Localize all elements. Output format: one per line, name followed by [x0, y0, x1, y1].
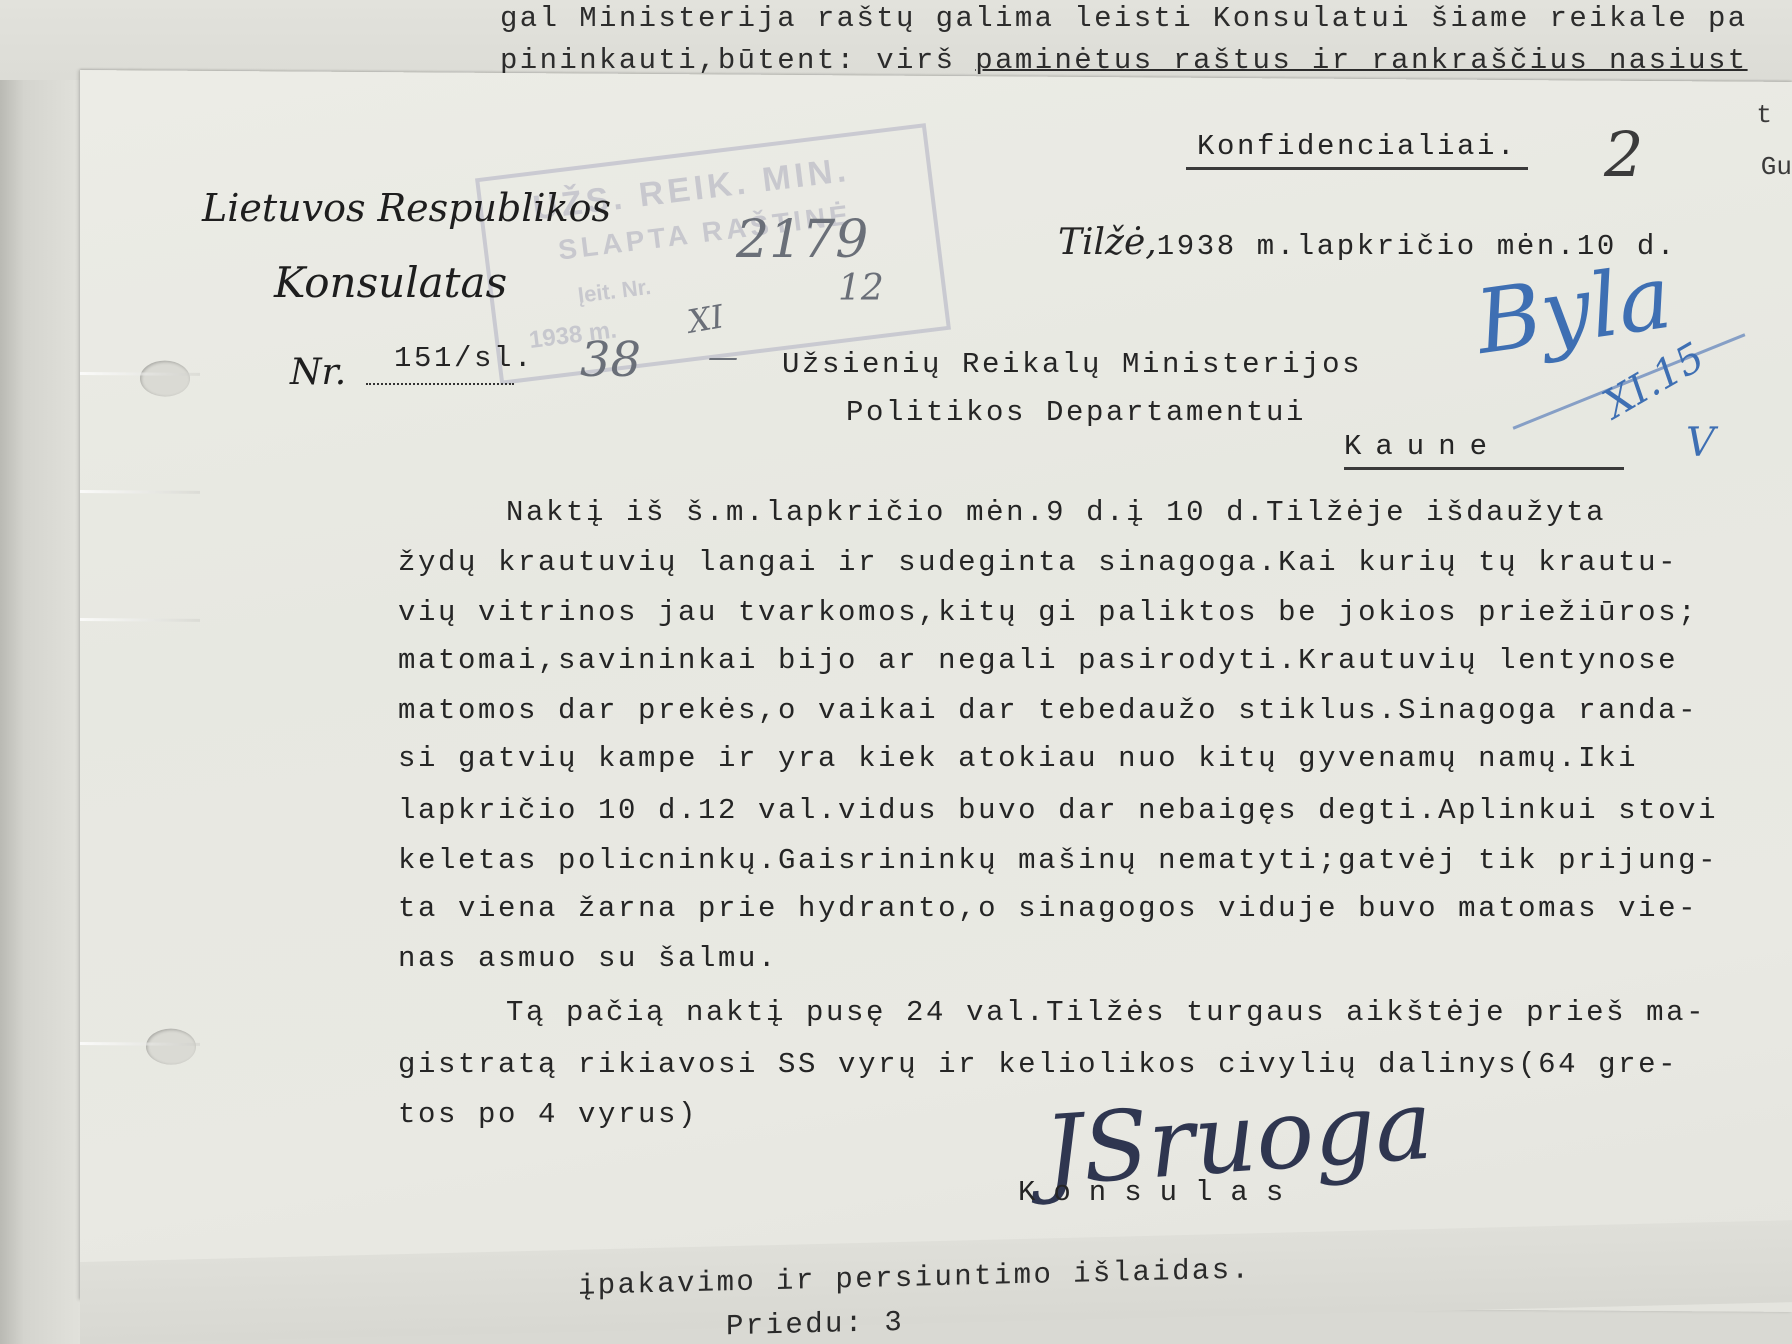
underlying-bottom-line-1: įpakavimo ir persiuntimo išlaidas. — [578, 1253, 1251, 1302]
file-annotation-mark: V — [1686, 420, 1715, 466]
body-line: Tą pačią naktį pusę 24 val.Tilžės turgau… — [506, 996, 1706, 1029]
document-number: 151/sl. — [394, 342, 534, 375]
letterhead-line-2: Konsulatas — [274, 258, 507, 307]
underlying-sheet-top: gal Ministerija raštų galima leisti Kons… — [0, 0, 1792, 80]
binder-edge — [0, 0, 80, 1344]
body-line: gistratą rikiavosi SS vyrų ir keliolikos… — [398, 1048, 1678, 1081]
addressee-line-3: Kaune — [1344, 430, 1624, 470]
underlying-text-line-1: gal Ministerija raštų galima leisti Kons… — [500, 2, 1748, 35]
body-line: Naktį iš š.m.lapkričio mėn.9 d.į 10 d.Ti… — [506, 496, 1606, 529]
page-number-handwritten: 2 — [1604, 118, 1643, 191]
addressee-line-1: Užsienių Reikalų Ministerijos — [782, 348, 1362, 381]
body-line: tos po 4 vyrus) — [398, 1098, 698, 1131]
underlying-text-line-2: pininkauti,būtent: virš paminėtus raštus… — [500, 44, 1748, 77]
underlying-text-line-2-prefix: pininkauti,būtent: virš — [500, 44, 975, 77]
closing-title: Konsulas — [1018, 1176, 1301, 1209]
fold-crease — [80, 618, 200, 622]
registration-day-handwritten: 12 — [838, 268, 884, 309]
stamp-line-3: Įeit. Nr. — [576, 274, 652, 309]
place: Tilžė, — [1058, 222, 1157, 263]
body-line: si gatvių kampe ir yra kiek atokiau nuo … — [398, 742, 1638, 775]
body-line: vių vitrinos jau tvarkomos,kitų gi palik… — [398, 596, 1698, 629]
registration-year-handwritten: 38 — [580, 332, 641, 388]
punch-hole-bottom — [146, 1028, 196, 1064]
body-line: lapkričio 10 d.12 val.vidus buvo dar neb… — [398, 794, 1718, 827]
underlying-bottom-line-2: Priedu: 3 — [726, 1306, 904, 1343]
fold-crease — [80, 1042, 200, 1046]
underlying-text-line-2-underlined: paminėtus raštus ir rankraščius nasiust — [975, 44, 1747, 77]
body-line: matomai,savininkai bijo ar negali pasiro… — [398, 644, 1678, 677]
letterhead-line-1: Lietuvos Respublikos — [202, 186, 611, 230]
registration-dash: — — [708, 340, 738, 375]
body-line: ta viena žarna prie hydranto,o sinagogos… — [398, 892, 1698, 925]
number-dotted-line — [366, 383, 514, 385]
body-line: matomos dar prekės,o vaikai dar tebedauž… — [398, 694, 1698, 727]
registration-month-handwritten: XI — [685, 297, 726, 341]
fold-crease — [80, 372, 200, 376]
classification-label: Konfidencialiai. — [1186, 130, 1528, 170]
number-label: Nr. — [290, 352, 346, 393]
body-line: nas asmuo su šalmu. — [398, 942, 778, 975]
right-edge-fragment-1: t — [1756, 100, 1772, 130]
right-edge-fragment-2: Gu — [1761, 152, 1792, 182]
body-line: žydų krautuvių langai ir sudeginta sinag… — [398, 546, 1678, 579]
registration-number-handwritten: 2179 — [736, 210, 868, 270]
punch-hole-top — [140, 360, 190, 396]
addressee-line-2: Politikos Departamentui — [846, 396, 1306, 429]
fold-crease — [80, 490, 200, 494]
body-line: keletas policninkų.Gaisrininkų mašinų ne… — [398, 844, 1718, 877]
